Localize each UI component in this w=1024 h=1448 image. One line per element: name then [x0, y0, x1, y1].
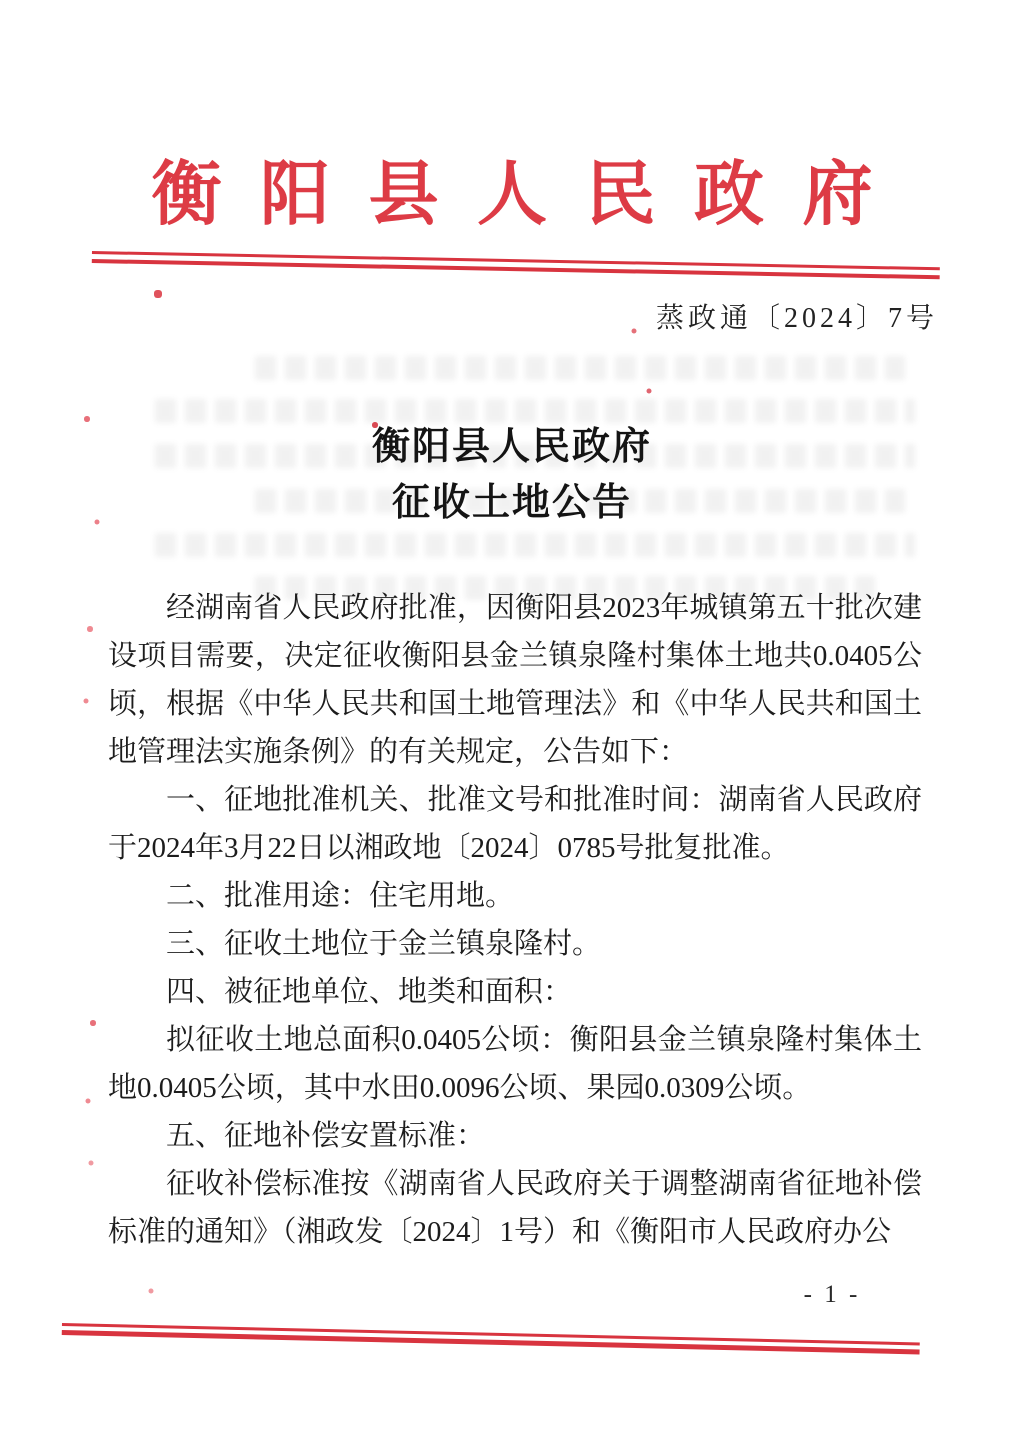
body-paragraph: 二、批准用途：住宅用地。	[108, 872, 922, 920]
letterhead-org-name: 衡阳县人民政府	[0, 138, 1024, 239]
footer-double-rule	[62, 1323, 920, 1354]
body-paragraph: 三、征收土地位于金兰镇泉隆村。	[108, 920, 922, 968]
document-body: 经湖南省人民政府批准，因衡阳县2023年城镇第五十批次建设项目需要，决定征收衡阳…	[108, 584, 922, 1256]
scan-artifact-specks	[0, 0, 2, 2]
document-title: 衡阳县人民政府 征收土地公告	[0, 419, 1024, 531]
body-paragraph: 五、征地补偿安置标准：	[108, 1112, 922, 1160]
bleedthrough-row	[155, 533, 915, 557]
page-number: - 1 -	[772, 1281, 892, 1309]
document-number: 蒸政通〔2024〕7号	[656, 296, 938, 336]
body-paragraph: 拟征收土地总面积0.0405公顷：衡阳县金兰镇泉隆村集体土地0.0405公顷，其…	[108, 1016, 922, 1112]
body-paragraph: 经湖南省人民政府批准，因衡阳县2023年城镇第五十批次建设项目需要，决定征收衡阳…	[108, 584, 922, 776]
bleedthrough-row	[255, 356, 905, 380]
document-title-line2: 征收土地公告	[0, 475, 1024, 531]
scanned-document-page: 衡阳县人民政府 蒸政通〔2024〕7号 衡阳县人民政府 征收土地公告 经湖南省人…	[0, 0, 1024, 1448]
body-paragraph: 一、征地批准机关、批准文号和批准时间：湖南省人民政府于2024年3月22日以湘政…	[108, 776, 922, 872]
body-paragraph: 四、被征地单位、地类和面积：	[108, 968, 922, 1016]
body-paragraph: 征收补偿标准按《湖南省人民政府关于调整湖南省征地补偿标准的通知》（湘政发〔202…	[108, 1160, 922, 1256]
document-title-line1: 衡阳县人民政府	[0, 419, 1024, 475]
letterhead-double-rule	[92, 251, 940, 279]
